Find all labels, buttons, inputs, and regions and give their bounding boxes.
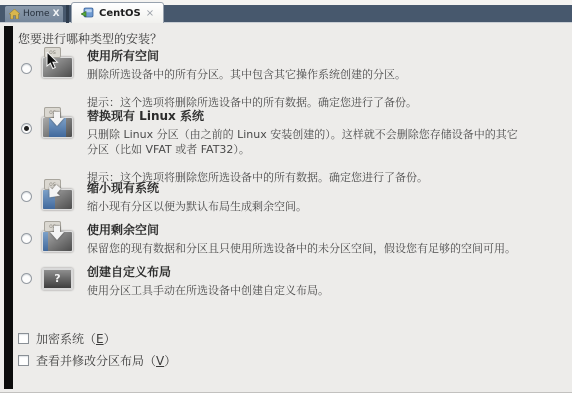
option-description: 保留您的现有数据和分区且只使用所选设备中的未分区空间，假设您有足够的空间可用。 xyxy=(87,242,520,257)
option-title: 替换现有 Linux 系统 xyxy=(87,107,520,124)
option-title: 使用剩余空间 xyxy=(87,221,520,238)
tab-centos-label: CentOS xyxy=(99,8,141,19)
tab-home[interactable]: Home X xyxy=(5,6,63,22)
mouse-cursor-icon xyxy=(46,52,59,74)
radio-custom-layout[interactable] xyxy=(21,273,32,284)
install-type-question: 您要进行哪种类型的安装？ xyxy=(18,30,162,47)
encrypt-system-label: 加密系统（E） xyxy=(36,330,116,347)
vm-console: 您要进行哪种类型的安装？ os 使用所有空间 删除所选设备中的所有分区。其中包含… xyxy=(0,23,572,393)
option-description: 使用分区工具手动在所选设备中创建自定义布局。 xyxy=(87,284,520,299)
tab-home-label: Home xyxy=(23,9,50,19)
review-layout-checkbox[interactable] xyxy=(18,355,29,366)
option-custom-layout[interactable]: ? 创建自定义布局 使用分区工具手动在所选设备中创建自定义布局。 xyxy=(13,263,520,299)
option-replace-linux[interactable]: os 替换现有 Linux 系统 只删除 Linux 分区（由之前的 Linux… xyxy=(13,107,520,185)
home-icon xyxy=(9,9,20,19)
radio-shrink-system[interactable] xyxy=(21,191,32,202)
custom-layout-icon: ? xyxy=(41,263,77,299)
question-mark-glyph: ? xyxy=(42,268,73,290)
option-title: 使用所有空间 xyxy=(87,47,520,64)
radio-use-free-space[interactable] xyxy=(21,233,32,244)
down-arrow-glyph xyxy=(50,226,64,240)
option-title: 缩小现有系统 xyxy=(87,179,520,196)
encrypt-system-checkbox[interactable] xyxy=(18,333,29,344)
vm-icon xyxy=(81,7,94,19)
tab-centos-close-icon[interactable]: × xyxy=(146,8,154,19)
replace-linux-icon: os xyxy=(41,107,77,143)
use-free-space-icon: os xyxy=(41,221,77,257)
option-shrink-system[interactable]: os 缩小现有系统 缩小现有分区以便为默认布局生成剩余空间。 xyxy=(13,179,520,215)
tab-centos[interactable]: CentOS × xyxy=(71,2,164,23)
tab-separator xyxy=(66,5,69,23)
option-description: 只删除 Linux 分区（由之前的 Linux 安装创建的）。这样就不会删除您存… xyxy=(87,128,520,158)
installer-screen: 您要进行哪种类型的安装？ os 使用所有空间 删除所选设备中的所有分区。其中包含… xyxy=(13,23,572,393)
tab-home-close-icon[interactable]: X xyxy=(53,9,60,19)
review-layout-checkbox-row[interactable]: 查看并修改分区布局（V） xyxy=(18,352,176,369)
vm-screen-letterbox xyxy=(4,26,13,389)
option-use-all-space[interactable]: os 使用所有空间 删除所选设备中的所有分区。其中包含其它操作系统创建的分区。 … xyxy=(13,47,520,110)
down-arrow-glyph xyxy=(50,112,64,126)
option-description: 缩小现有分区以便为默认布局生成剩余空间。 xyxy=(87,200,520,215)
shrink-system-icon: os xyxy=(41,179,77,215)
option-title: 创建自定义布局 xyxy=(87,263,520,280)
review-layout-label: 查看并修改分区布局（V） xyxy=(36,352,176,369)
radio-replace-linux[interactable] xyxy=(21,123,32,134)
console-header: Home X CentOS × xyxy=(0,0,572,23)
encrypt-system-checkbox-row[interactable]: 加密系统（E） xyxy=(18,330,116,347)
option-use-free-space[interactable]: os 使用剩余空间 保留您的现有数据和分区且只使用所选设备中的未分区空间，假设您… xyxy=(13,221,520,257)
option-description: 删除所选设备中的所有分区。其中包含其它操作系统创建的分区。 xyxy=(87,68,520,83)
radio-use-all-space[interactable] xyxy=(21,63,32,74)
